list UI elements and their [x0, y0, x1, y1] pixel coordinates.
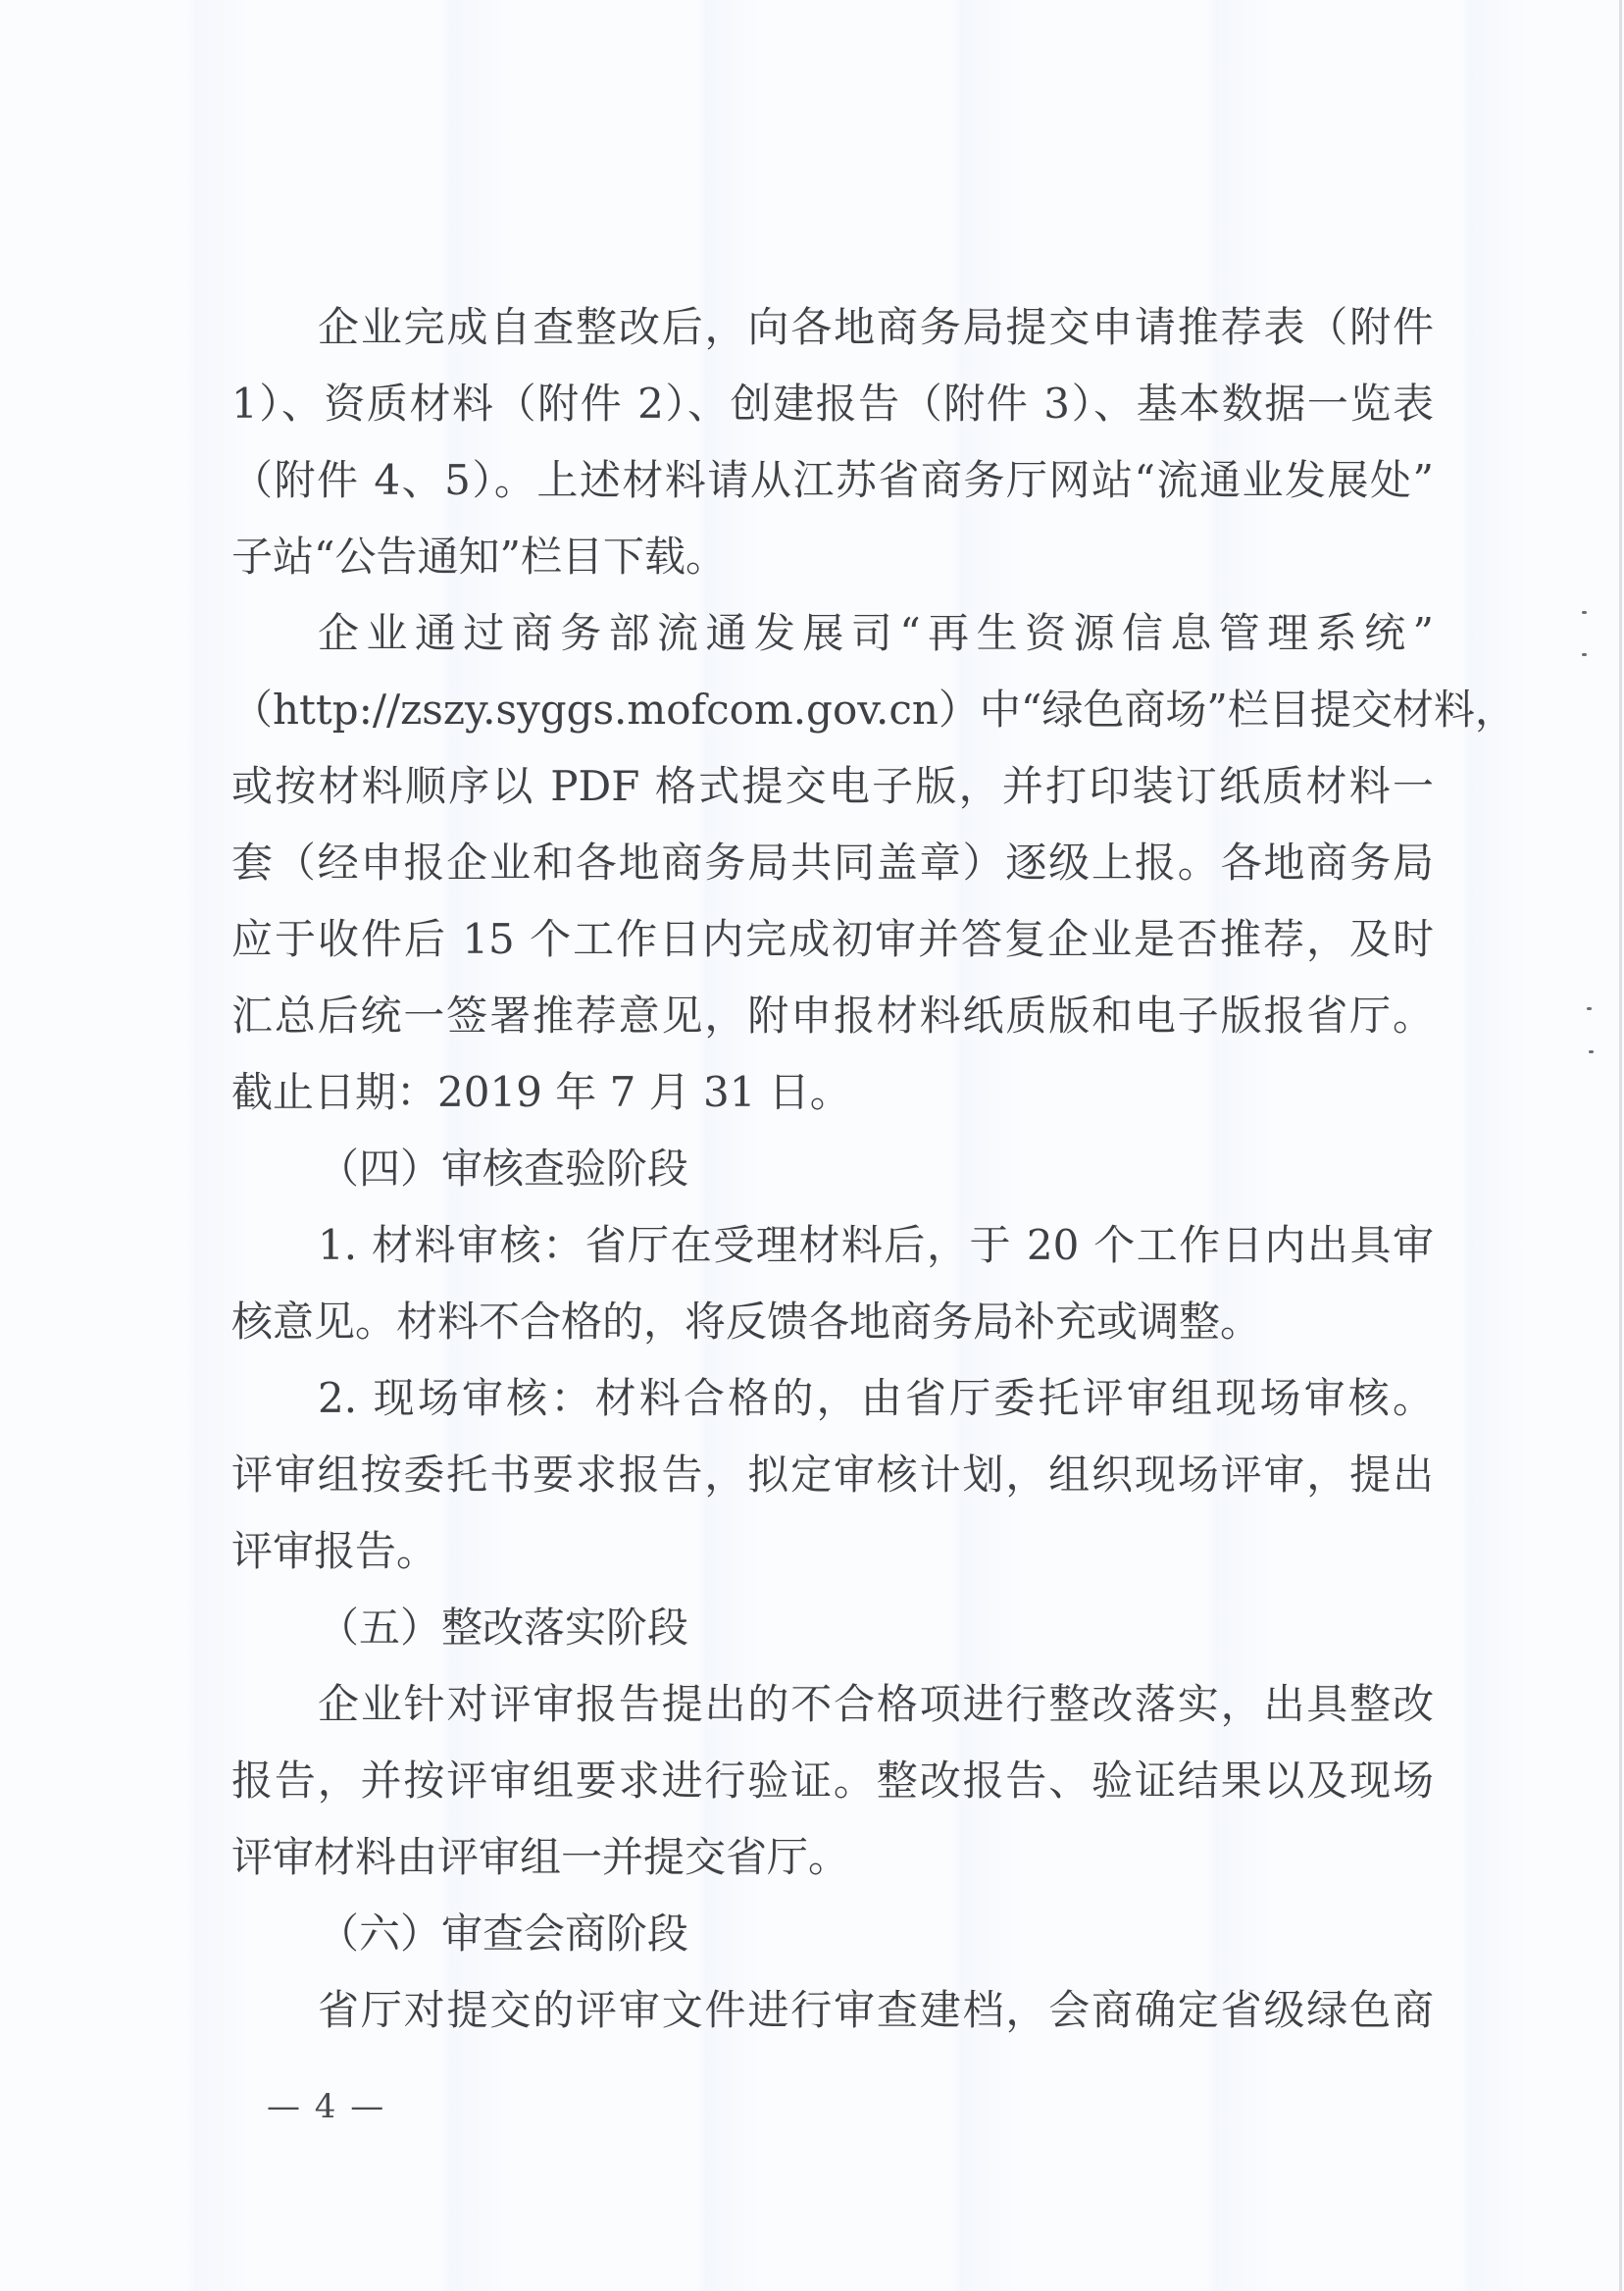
paragraph-5-line-3: 评审材料由评审组一并提交省厅。: [231, 1819, 1434, 1896]
paragraph-5-line-1: 企业针对评审报告提出的不合格项进行整改落实，出具整改: [318, 1666, 1434, 1743]
scan-speck: [1582, 611, 1587, 614]
page-number: — 4 —: [267, 2083, 385, 2130]
paragraph-2-line-6: 汇总后统一签署推荐意见，附申报材料纸质版和电子版报省厅。: [231, 978, 1434, 1054]
paragraph-2-line-4: 套（经申报企业和各地商务局共同盖章）逐级上报。各地商务局: [231, 825, 1434, 901]
paragraph-2-line-2: （http://zszy.syggs.mofcom.gov.cn）中“绿色商场”…: [231, 672, 1434, 748]
scan-edge-line: [1619, 0, 1622, 2291]
item-2-line-2: 评审组按委托书要求报告，拟定审核计划，组织现场评审，提出: [231, 1437, 1434, 1513]
paragraph-2-line-1: 企业通过商务部流通发展司“再生资源信息管理系统”: [318, 595, 1434, 672]
item-2-line-3: 评审报告。: [231, 1513, 1434, 1590]
item-1-line-1: 1. 材料审核：省厅在受理材料后，于 20 个工作日内出具审: [318, 1207, 1434, 1284]
paragraph-2-line-3: 或按材料顺序以 PDF 格式提交电子版，并打印装订纸质材料一: [231, 748, 1434, 825]
paragraph-6-line-1: 省厅对提交的评审文件进行审查建档，会商确定省级绿色商: [318, 1972, 1434, 2049]
scan-speck: [1589, 1050, 1594, 1053]
scan-speck: [1582, 653, 1587, 656]
section-heading-6: （六）审查会商阶段: [318, 1896, 1434, 1972]
paragraph-5-line-2: 报告，并按评审组要求进行验证。整改报告、验证结果以及现场: [231, 1743, 1434, 1819]
paragraph-1-line-2: 1）、资质材料（附件 2）、创建报告（附件 3）、基本数据一览表: [231, 366, 1434, 442]
section-heading-5: （五）整改落实阶段: [318, 1590, 1434, 1666]
section-heading-4: （四）审核查验阶段: [318, 1131, 1434, 1207]
paragraph-1-line-1: 企业完成自查整改后，向各地商务局提交申请推荐表（附件: [318, 289, 1434, 366]
scan-speck: [1587, 1007, 1592, 1010]
scanned-page: 企业完成自查整改后，向各地商务局提交申请推荐表（附件 1）、资质材料（附件 2）…: [0, 0, 1624, 2291]
paragraph-2-line-5: 应于收件后 15 个工作日内完成初审并答复企业是否推荐，及时: [231, 901, 1434, 978]
paragraph-1-line-4: 子站“公告通知”栏目下载。: [231, 519, 1434, 595]
paragraph-1-line-3: （附件 4、5）。上述材料请从江苏省商务厅网站“流通业发展处”: [231, 442, 1434, 519]
item-2-line-1: 2. 现场审核：材料合格的，由省厅委托评审组现场审核。: [318, 1360, 1434, 1437]
item-1-line-2: 核意见。材料不合格的，将反馈各地商务局补充或调整。: [231, 1284, 1434, 1360]
paragraph-2-line-7-deadline: 截止日期：2019 年 7 月 31 日。: [231, 1054, 1434, 1131]
